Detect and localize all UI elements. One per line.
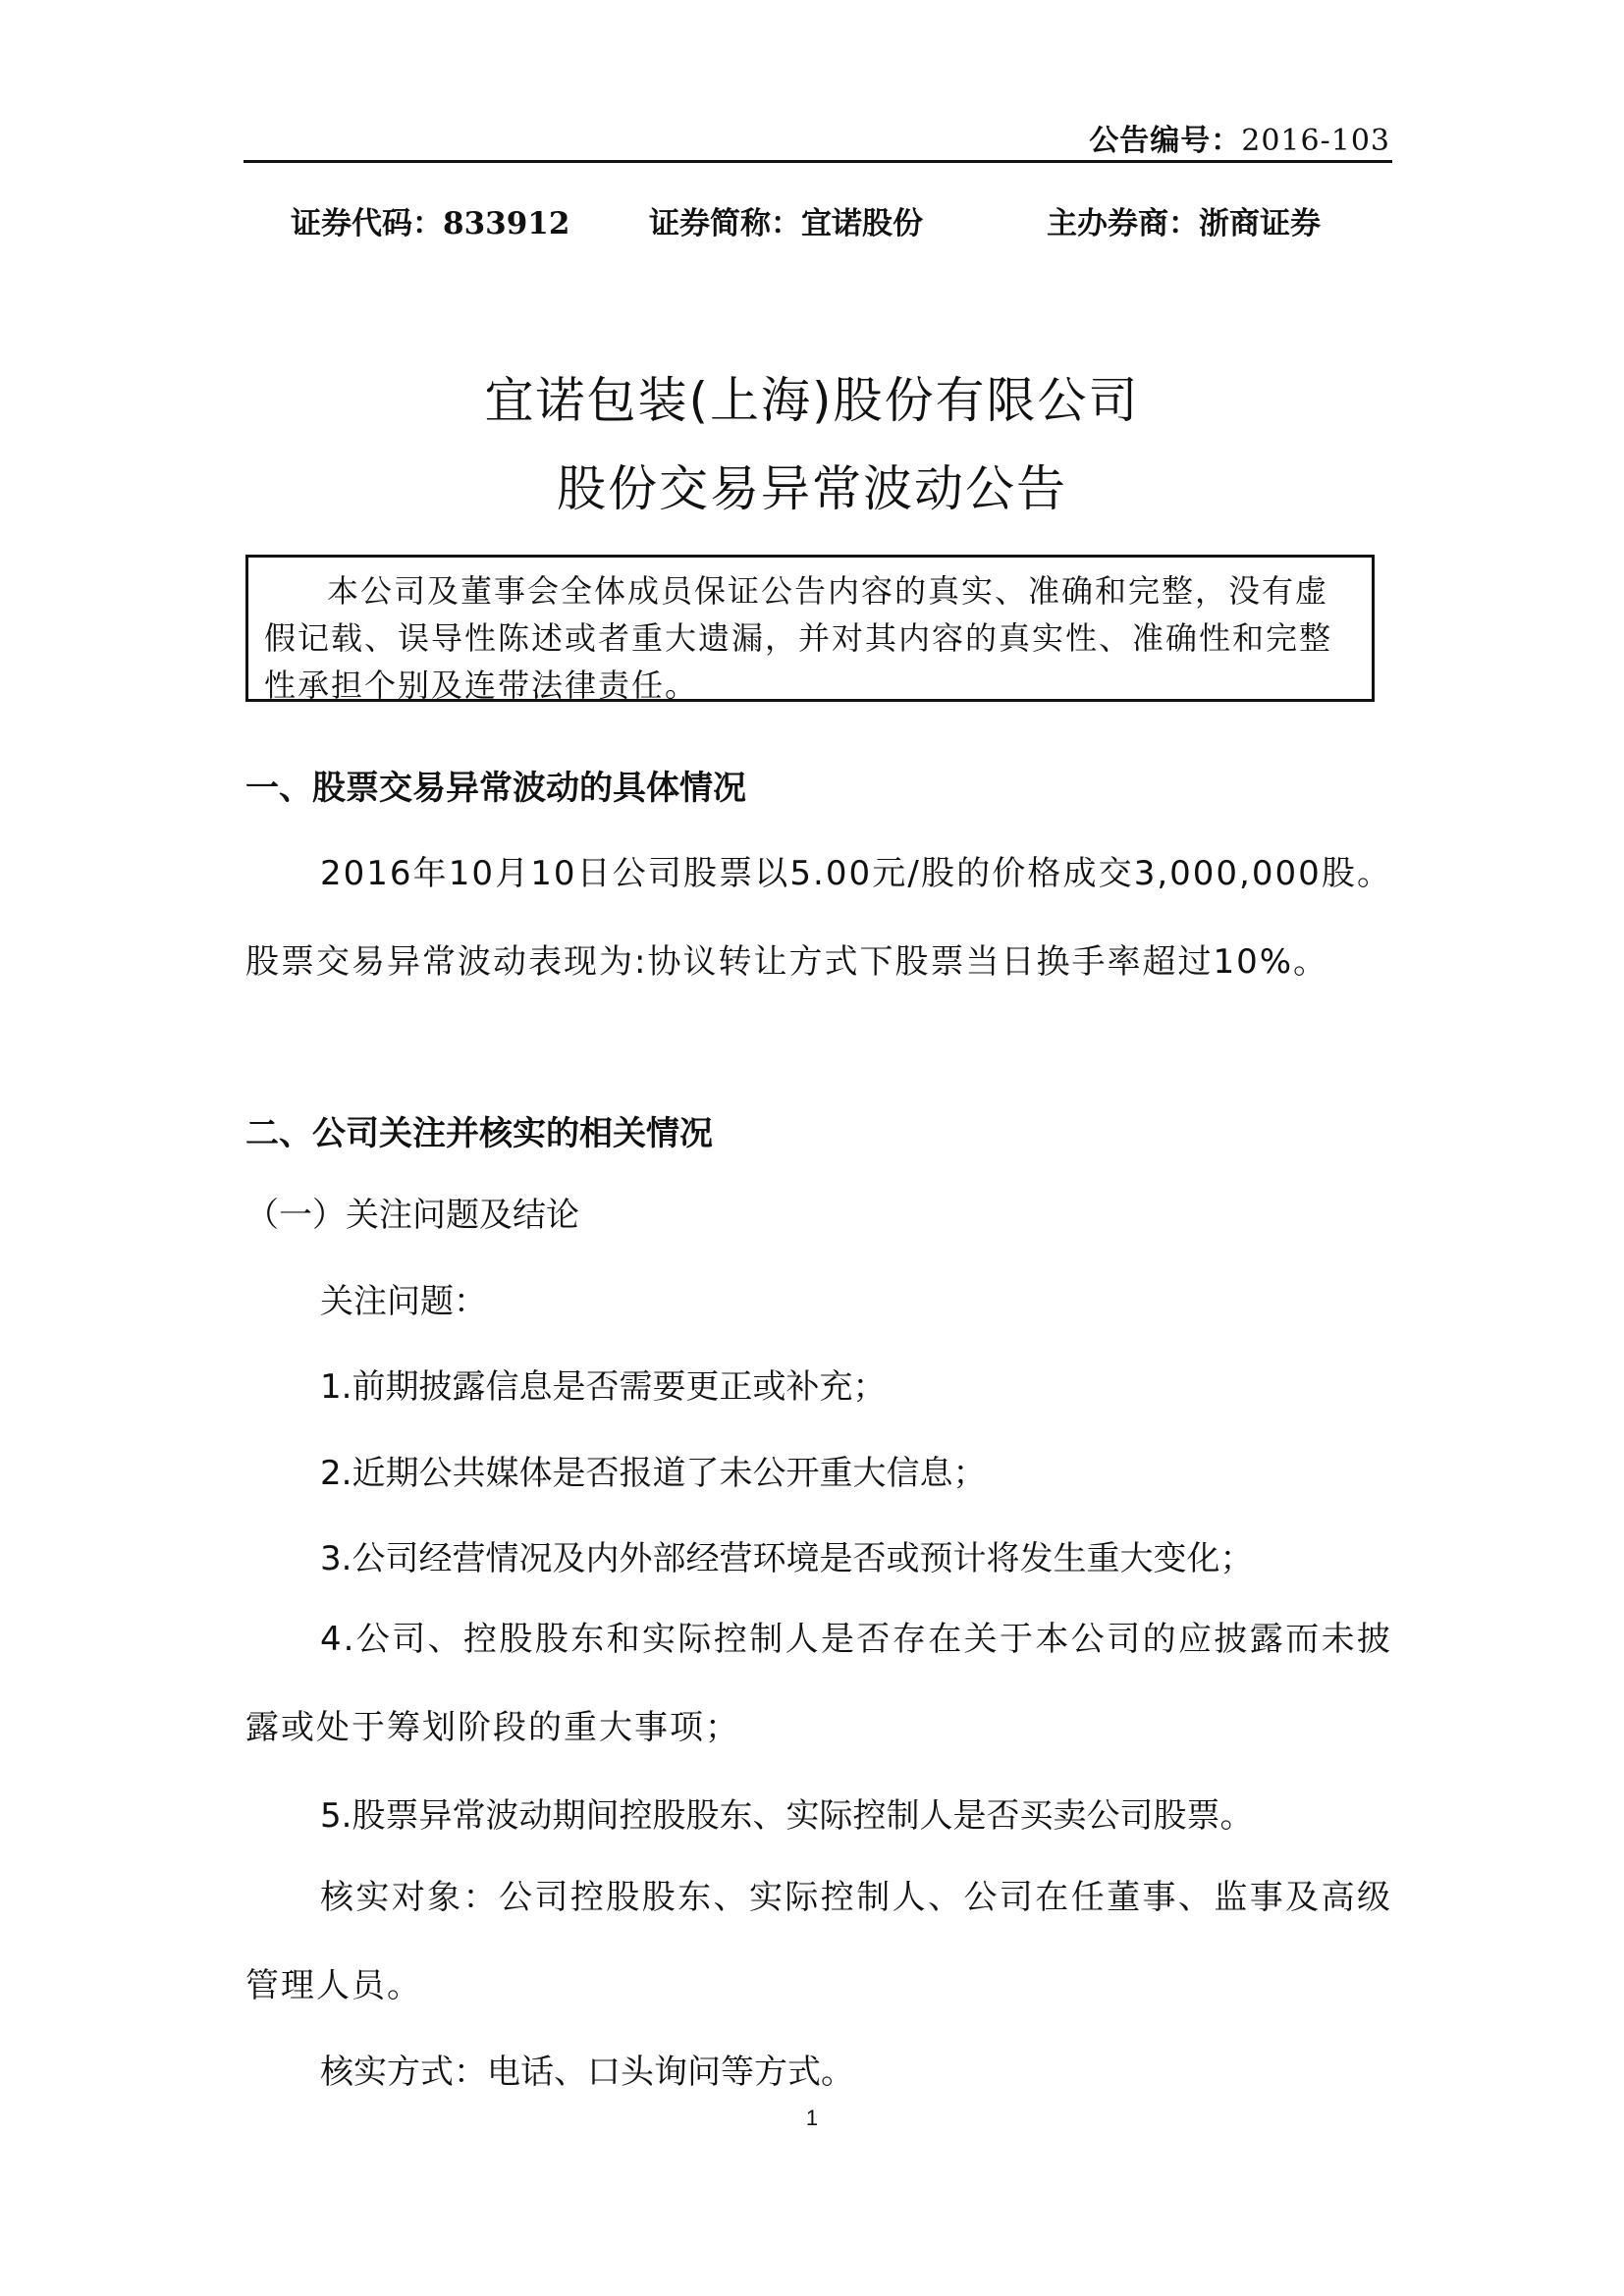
header-divider xyxy=(244,160,1392,163)
concern-item-5: 5.股票异常波动期间控股股东、实际控制人是否买卖公司股票。 xyxy=(245,1789,1467,1837)
verify-method: 核实方式：电话、口头询问等方式。 xyxy=(245,2045,1467,2093)
verify-targets: 核实对象：公司控股股东、实际控制人、公司在任董事、监事及高级管理人员。 xyxy=(245,1853,1392,2030)
concern-item-1: 1.前期披露信息是否需要更正或补充； xyxy=(245,1360,1467,1408)
security-info: 证券代码：833912 证券简称：宜诺股份 主办券商：浙商证券 xyxy=(291,198,1390,242)
announcement-title: 股份交易异常波动公告 xyxy=(0,450,1624,520)
section1-paragraph: 2016年10月10日公司股票以5.00元/股的价格成交3,000,000股。股… xyxy=(245,829,1392,1006)
concern-label: 关注问题： xyxy=(245,1274,1467,1322)
announcement-number: 公告编号：2016-103 xyxy=(1089,116,1390,159)
security-code: 证券代码：833912 xyxy=(291,198,649,242)
page-number: 1 xyxy=(0,2106,1624,2131)
sponsor-broker: 主办券商：浙商证券 xyxy=(1047,198,1321,242)
security-short-name: 证券简称：宜诺股份 xyxy=(649,198,1047,242)
announcement-number-label: 公告编号： xyxy=(1089,124,1241,158)
concern-item-3: 3.公司经营情况及内外部经营环境是否或预计将发生重大变化； xyxy=(245,1531,1467,1579)
company-title: 宜诺包装(上海)股份有限公司 xyxy=(0,361,1624,432)
announcement-number-value: 2016-103 xyxy=(1241,124,1390,158)
section2-subheading: （一）关注问题及结论 xyxy=(245,1188,1392,1236)
concern-item-2: 2.近期公共媒体是否报道了未公开重大信息； xyxy=(245,1446,1467,1494)
document-page: 公告编号：2016-103 证券代码：833912 证券简称：宜诺股份 主办券商… xyxy=(0,0,1624,2296)
section1-heading: 一、股票交易异常波动的具体情况 xyxy=(245,761,1392,809)
section2-heading: 二、公司关注并核实的相关情况 xyxy=(245,1106,1392,1154)
concern-item-4: 4.公司、控股股东和实际控制人是否存在关于本公司的应披露而未披露或处于筹划阶段的… xyxy=(245,1595,1392,1772)
disclaimer-box: 本公司及董事会全体成员保证公告内容的真实、准确和完整，没有虚假记载、误导性陈述或… xyxy=(245,555,1375,702)
